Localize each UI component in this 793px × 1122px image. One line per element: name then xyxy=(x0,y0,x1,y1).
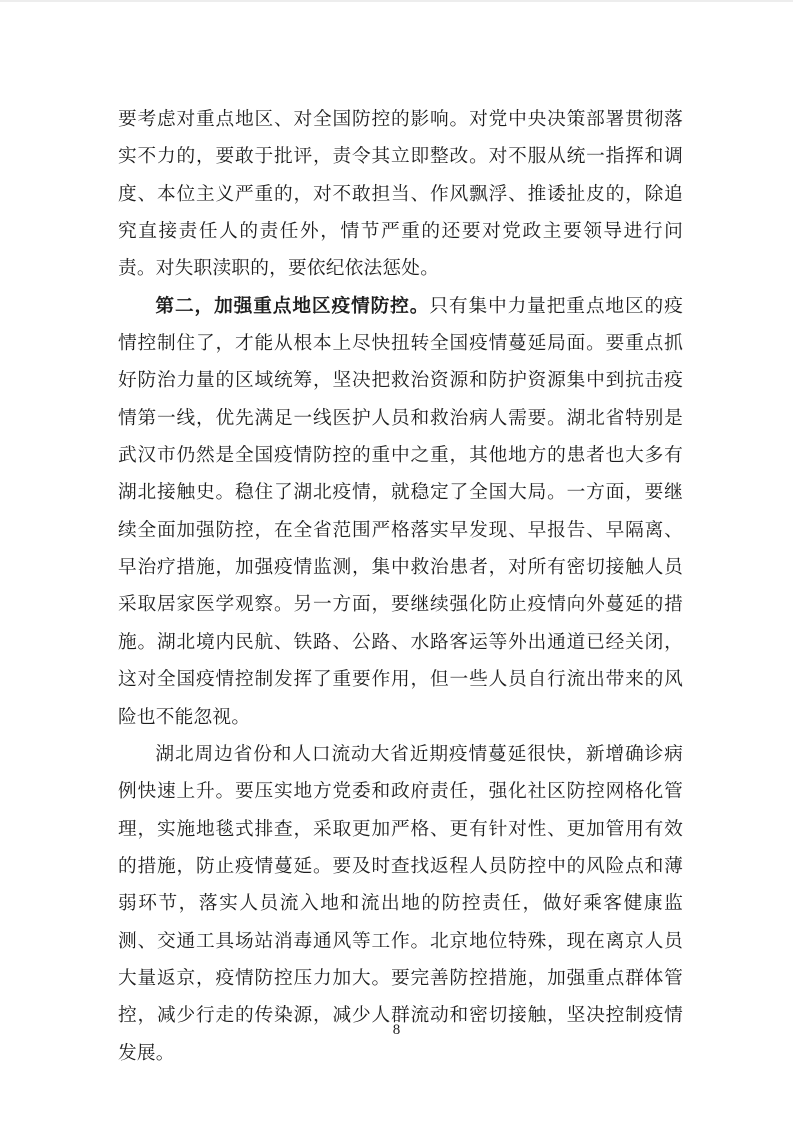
document-body: 要考虑对重点地区、对全国防控的影响。对党中央决策部署贯彻落实不力的，要敢于批评，… xyxy=(118,101,683,1072)
paragraph-point-two: 第二，加强重点地区疫情防控。只有集中力量把重点地区的疫情控制住了，才能从根本上尽… xyxy=(118,288,683,736)
paragraph-text: 只有集中力量把重点地区的疫情控制住了，才能从根本上尽快扭转全国疫情蔓延局面。要重… xyxy=(118,296,683,728)
paragraph-continuation: 要考虑对重点地区、对全国防控的影响。对党中央决策部署贯彻落实不力的，要敢于批评，… xyxy=(118,101,683,288)
page-number: 8 xyxy=(0,1022,793,1039)
paragraph-text: 要考虑对重点地区、对全国防控的影响。对党中央决策部署贯彻落实不力的，要敢于批评，… xyxy=(118,109,683,279)
document-page: 要考虑对重点地区、对全国防控的影响。对党中央决策部署贯彻落实不力的，要敢于批评，… xyxy=(0,0,793,1122)
paragraph-text: 湖北周边省份和人口流动大省近期疫情蔓延很快，新增确诊病例快速上升。要压实地方党委… xyxy=(118,744,683,1064)
paragraph-bold-lead: 第二，加强重点地区疫情防控。 xyxy=(155,296,429,317)
scan-edge-artifact xyxy=(0,0,793,2)
